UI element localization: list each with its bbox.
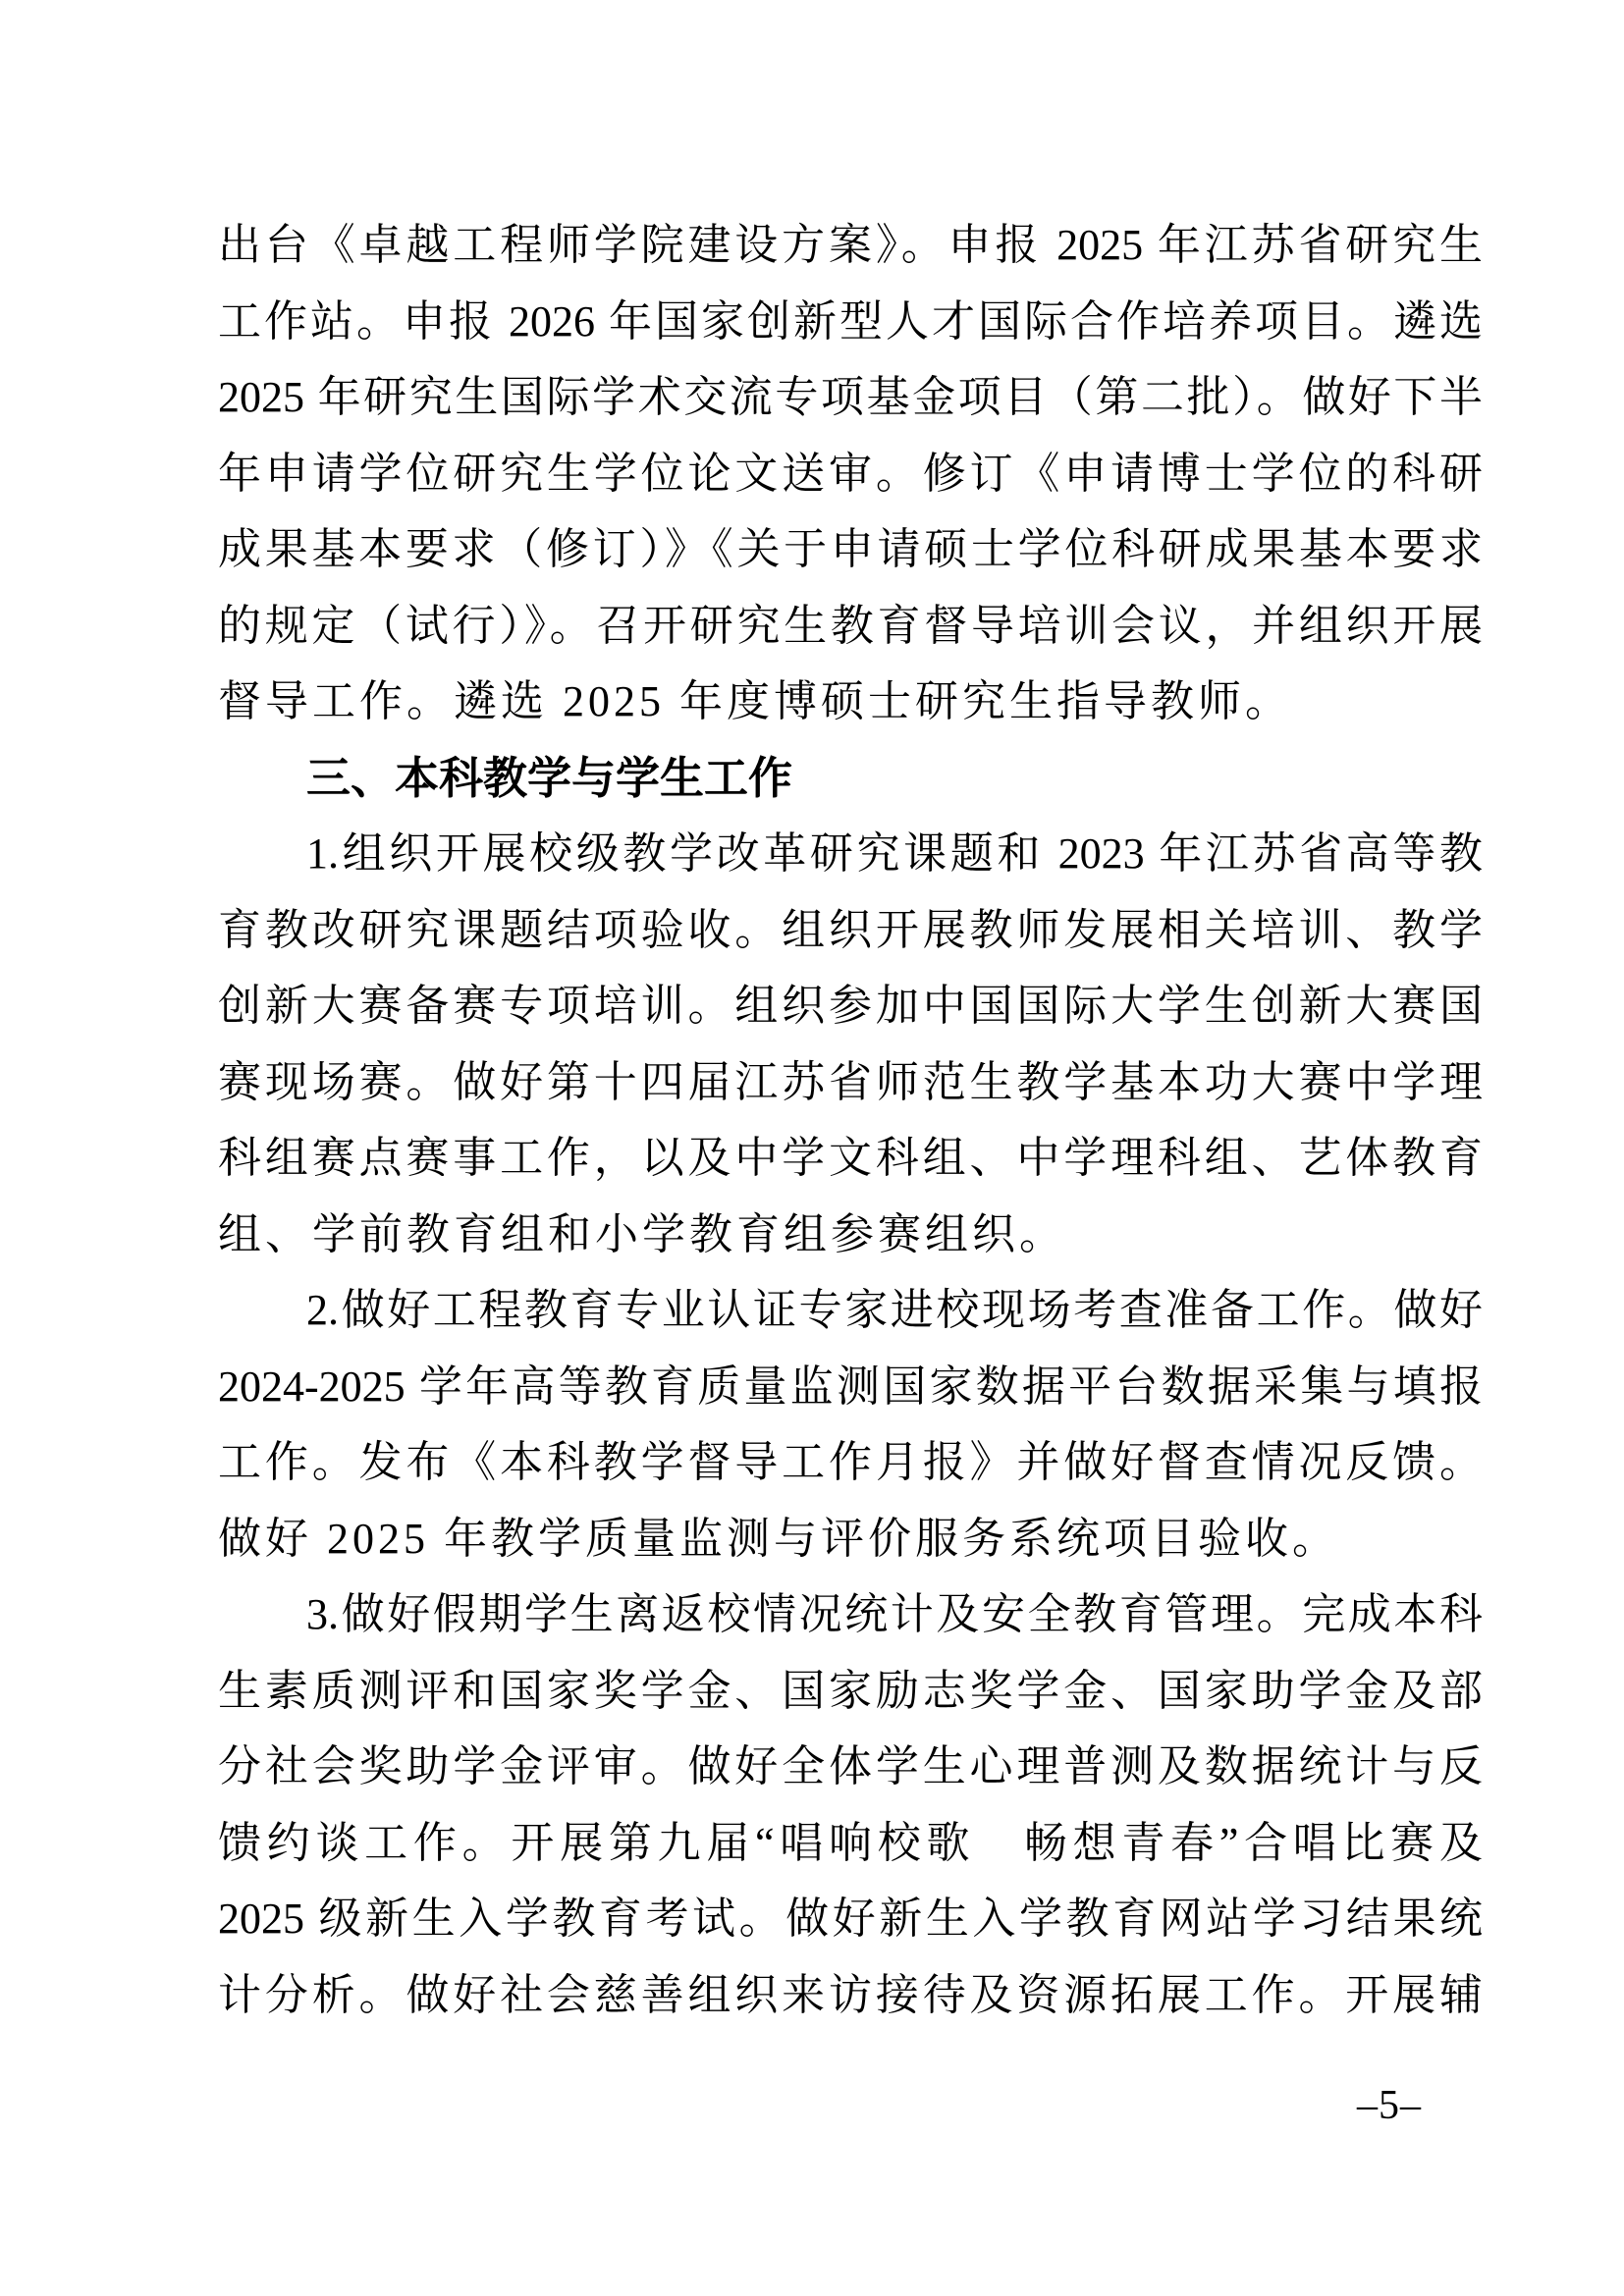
text-line: 成果基本要求（修订）》《关于申请硕士学位科研成果基本要求 [218, 511, 1483, 588]
text-line: 创新大赛备赛专项培训。组织参加中国国际大学生创新大赛国 [218, 968, 1483, 1044]
section-heading: 三、本科教学与学生工作 [218, 740, 1483, 817]
text-line: 生素质测评和国家奖学金、国家励志奖学金、国家助学金及部 [218, 1653, 1483, 1730]
text-line: 馈约谈工作。开展第九届“唱响校歌 畅想青春”合唱比赛及 [218, 1805, 1483, 1882]
text-line: 的规定（试行）》。召开研究生教育督导培训会议，并组织开展 [218, 588, 1483, 665]
text-line: 工作站。申报 2026 年国家创新型人才国际合作培养项目。遴选 [218, 284, 1483, 360]
text-line: 1.组织开展校级教学改革研究课题和 2023 年江苏省高等教 [218, 816, 1483, 892]
page-number: –5– [1357, 2082, 1422, 2129]
text-line: 出台《卓越工程师学院建设方案》。申报 2025 年江苏省研究生 [218, 207, 1483, 284]
text-line: 育教改研究课题结项验收。组织开展教师发展相关培训、教学 [218, 892, 1483, 969]
text-line: 分社会奖助学金评审。做好全体学生心理普测及数据统计与反 [218, 1729, 1483, 1805]
text-line: 2025 年研究生国际学术交流专项基金项目（第二批）。做好下半 [218, 359, 1483, 436]
text-line: 做好 2025 年教学质量监测与评价服务系统项目验收。 [218, 1501, 1483, 1577]
document-page: 出台《卓越工程师学院建设方案》。申报 2025 年江苏省研究生 工作站。申报 2… [0, 0, 1624, 2296]
text-line: 科组赛点赛事工作，以及中学文科组、中学理科组、艺体教育 [218, 1120, 1483, 1197]
text-line: 2025 级新生入学教育考试。做好新生入学教育网站学习结果统 [218, 1881, 1483, 1957]
text-line: 赛现场赛。做好第十四届江苏省师范生教学基本功大赛中学理 [218, 1044, 1483, 1121]
text-line: 2.做好工程教育专业认证专家进校现场考查准备工作。做好 [218, 1272, 1483, 1349]
text-line: 督导工作。遴选 2025 年度博硕士研究生指导教师。 [218, 664, 1483, 740]
text-line: 组、学前教育组和小学教育组参赛组织。 [218, 1197, 1483, 1273]
document-body: 出台《卓越工程师学院建设方案》。申报 2025 年江苏省研究生 工作站。申报 2… [218, 207, 1483, 2033]
text-line: 年申请学位研究生学位论文送审。修订《申请博士学位的科研 [218, 436, 1483, 512]
text-line: 工作。发布《本科教学督导工作月报》并做好督查情况反馈。 [218, 1424, 1483, 1501]
text-line: 2024-2025 学年高等教育质量监测国家数据平台数据采集与填报 [218, 1349, 1483, 1425]
text-line: 3.做好假期学生离返校情况统计及安全教育管理。完成本科 [218, 1576, 1483, 1653]
text-line: 计分析。做好社会慈善组织来访接待及资源拓展工作。开展辅 [218, 1957, 1483, 2034]
